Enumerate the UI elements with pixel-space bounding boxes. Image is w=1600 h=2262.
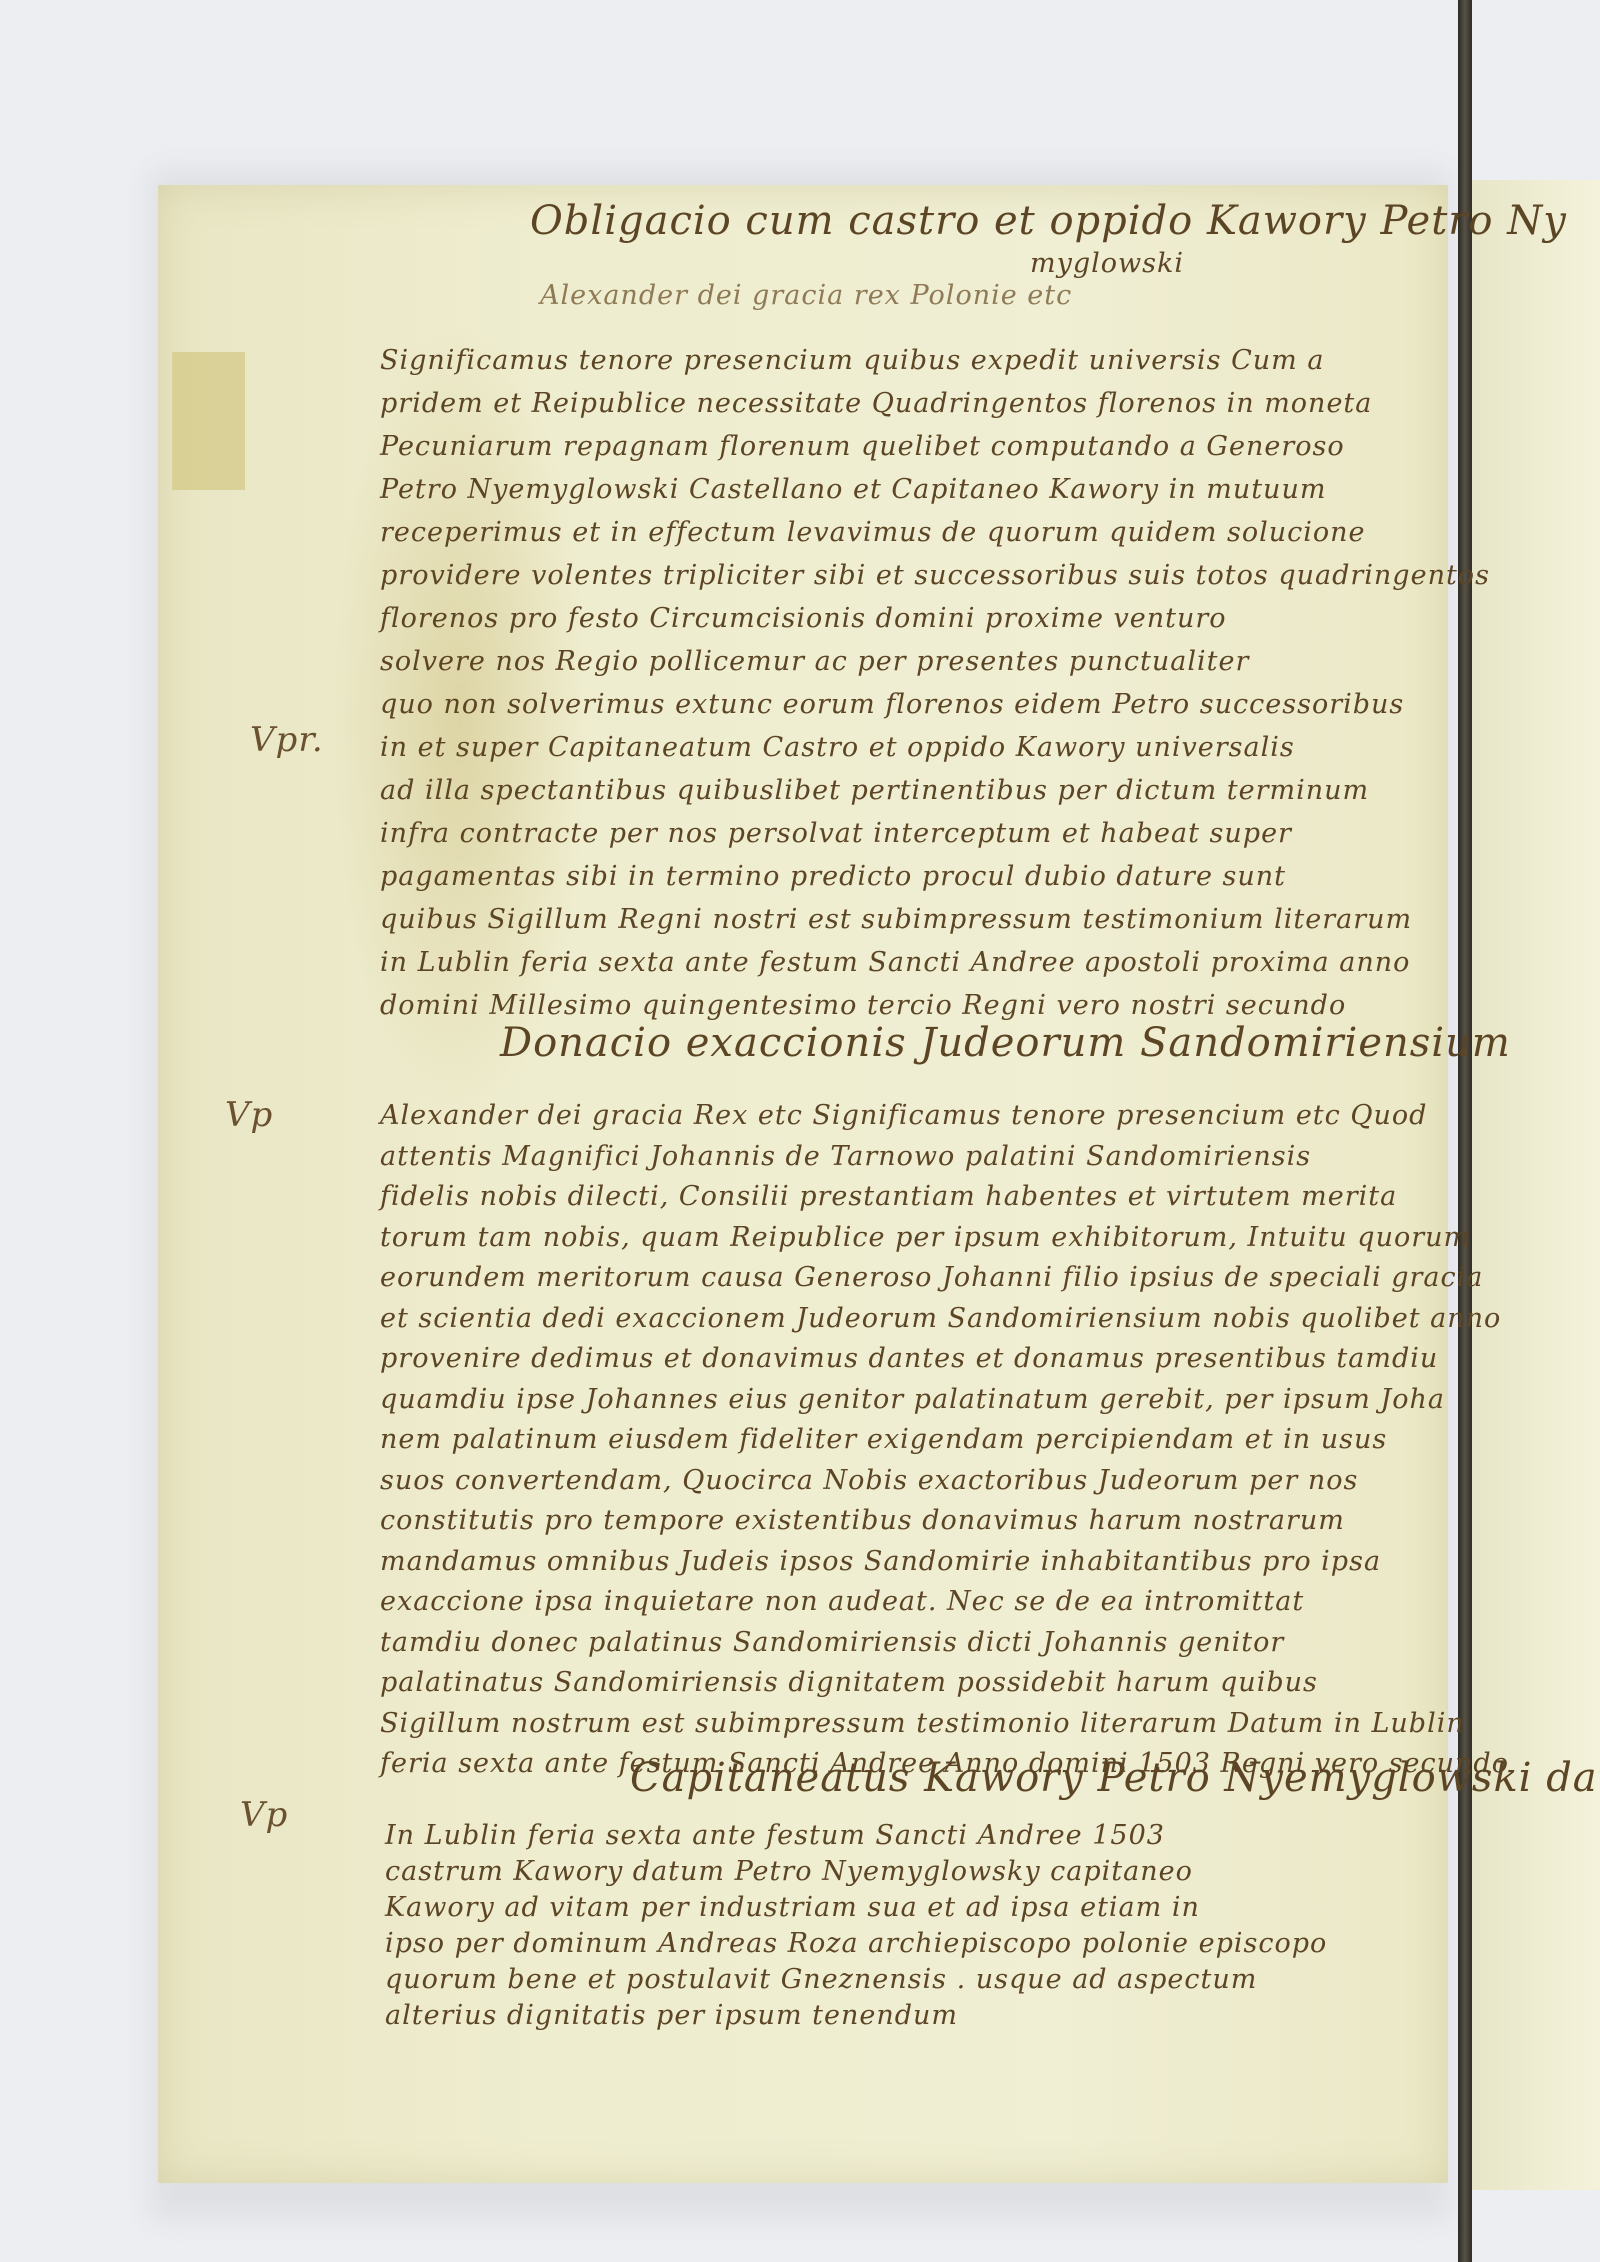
text-line: receperimus et in effectum levavimus de …	[380, 517, 1366, 548]
paper-tab	[172, 352, 245, 490]
text-line: domini Millesimo quingentesimo tercio Re…	[380, 990, 1346, 1021]
text-line: ad illa spectantibus quibuslibet pertine…	[380, 775, 1369, 806]
text-line: fidelis nobis dilecti, Consilii prestant…	[380, 1181, 1397, 1212]
heading-obligacio: Obligacio cum castro et oppido Kawory Pe…	[530, 198, 1567, 244]
text-line: provenire dedimus et donavimus dantes et…	[380, 1343, 1438, 1374]
text-line: pridem et Reipublice necessitate Quadrin…	[380, 388, 1372, 419]
text-line: et scientia dedi exaccionem Judeorum San…	[380, 1303, 1501, 1334]
text-line: infra contracte per nos persolvat interc…	[380, 818, 1292, 849]
margin-note-1: Vpr.	[250, 720, 324, 760]
margin-note-3: Vp	[240, 1795, 288, 1835]
text-line: palatinatus Sandomiriensis dignitatem po…	[380, 1667, 1318, 1698]
text-line: quo non solverimus extunc eorum florenos…	[380, 689, 1404, 720]
text-line: mandamus omnibus Judeis ipsos Sandomirie…	[380, 1546, 1381, 1577]
text-line: exaccione ipsa inquietare non audeat. Ne…	[380, 1586, 1304, 1617]
heading-obligacio-cont: myglowski	[1030, 248, 1184, 279]
text-line: castrum Kawory datum Petro Nyemyglowsky …	[385, 1856, 1193, 1887]
heading-donacio: Donacio exaccionis Judeorum Sandomiriens…	[500, 1020, 1511, 1066]
text-line: quibus Sigillum Regni nostri est subimpr…	[380, 904, 1412, 935]
text-line: providere volentes tripliciter sibi et s…	[380, 560, 1490, 591]
text-line: In Lublin feria sexta ante festum Sancti…	[385, 1820, 1165, 1851]
text-line: quamdiu ipse Johannes eius genitor palat…	[380, 1384, 1445, 1415]
text-line: constitutis pro tempore existentibus don…	[380, 1505, 1345, 1536]
text-line: tamdiu donec palatinus Sandomiriensis di…	[380, 1627, 1284, 1658]
text-line: attentis Magnifici Johannis de Tarnowo p…	[380, 1141, 1311, 1172]
facing-page-edge	[1472, 180, 1600, 2190]
heading-alexander: Alexander dei gracia rex Polonie etc	[540, 280, 1072, 311]
text-line: in et super Capitaneatum Castro et oppid…	[380, 732, 1295, 763]
text-line: Sigillum nostrum est subimpressum testim…	[380, 1708, 1465, 1739]
text-line: Kawory ad vitam per industriam sua et ad…	[385, 1892, 1200, 1923]
text-line: in Lublin feria sexta ante festum Sancti…	[380, 947, 1410, 978]
text-line: Petro Nyemyglowski Castellano et Capitan…	[380, 474, 1326, 505]
margin-note-2: Vp	[225, 1095, 273, 1135]
text-line: suos convertendam, Quocirca Nobis exacto…	[380, 1465, 1358, 1496]
text-line: alterius dignitatis per ipsum tenendum	[385, 2000, 958, 2031]
text-line: quorum bene et postulavit Gneznensis . u…	[385, 1964, 1257, 1995]
text-line: Significamus tenore presencium quibus ex…	[380, 345, 1324, 376]
text-line: Pecuniarum repagnam florenum quelibet co…	[380, 431, 1345, 462]
text-line: nem palatinum eiusdem fideliter exigenda…	[380, 1424, 1387, 1455]
text-line: feria sexta ante festum Sancti Andree An…	[380, 1748, 1509, 1779]
text-line: pagamentas sibi in termino predicto proc…	[380, 861, 1286, 892]
text-line: eorundem meritorum causa Generoso Johann…	[380, 1262, 1483, 1293]
text-line: solvere nos Regio pollicemur ac per pres…	[380, 646, 1249, 677]
text-line: torum tam nobis, quam Reipublice per ips…	[380, 1222, 1470, 1253]
text-line: ipso per dominum Andreas Roza archiepisc…	[385, 1928, 1327, 1959]
text-line: Alexander dei gracia Rex etc Significamu…	[380, 1100, 1427, 1131]
book-spine	[1458, 0, 1472, 2262]
text-line: florenos pro festo Circumcisionis domini…	[380, 603, 1227, 634]
